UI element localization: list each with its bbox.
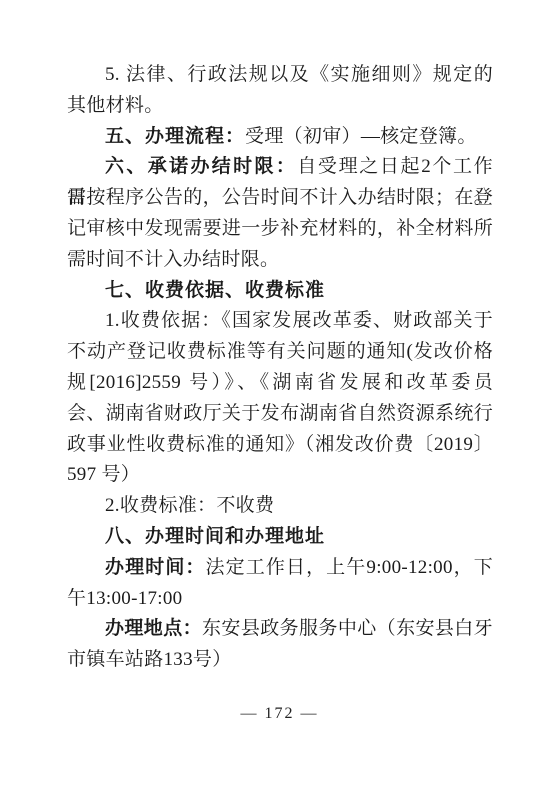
document-page: 5. 法律、行政法规以及《实施细则》规定的其他材料。五、办理流程：受理（初审）—… <box>0 0 559 793</box>
body-text: 午13:00-17:00 <box>67 588 183 609</box>
body-text: 会、湖南省财政厅关于发布湖南省自然资源系统行 <box>67 403 493 424</box>
text-line: 市镇车站路133号） <box>67 645 493 676</box>
heading-text: 七、收费依据、收费标准 <box>105 280 325 301</box>
text-line: 办理地点：东安县政务服务中心（东安县白牙 <box>67 614 493 645</box>
body-text: 规[2016]2559 号）》、《湖南省发展和改革委员 <box>67 372 493 393</box>
body-text: 其他材料。 <box>67 95 164 116</box>
text-line: 2.收费标准：不收费 <box>67 491 493 522</box>
text-line: 午13:00-17:00 <box>67 584 493 615</box>
text-line: 办理时间：法定工作日，上午9:00-12:00，下 <box>67 553 493 584</box>
page-number: — 172 — <box>0 705 559 723</box>
text-line: 5. 法律、行政法规以及《实施细则》规定的 <box>67 60 493 91</box>
text-line: 五、办理流程：受理（初审）—核定登簿。 <box>67 122 493 153</box>
heading-text: 六、承诺办结时限： <box>105 156 297 177</box>
label-text: 办理时间： <box>105 557 206 578</box>
heading-text: 五、办理流程： <box>105 126 245 147</box>
text-line: 规[2016]2559 号）》、《湖南省发展和改革委员 <box>67 368 493 399</box>
text-line: 不动产登记收费标准等有关问题的通知(发改价格 <box>67 337 493 368</box>
body-text: 需时间不计入办结时限。 <box>67 249 279 270</box>
text-line: 记审核中发现需要进一步补充材料的，补全材料所 <box>67 214 493 245</box>
text-line: 其他材料。 <box>67 91 493 122</box>
body-text: 政事业性收费标准的通知》（湘发改价费〔2019〕 <box>67 434 493 455</box>
body-text: 1.收费依据：《国家发展改革委、财政部关于 <box>105 310 493 331</box>
body-text: 东安县政务服务中心（东安县白牙 <box>202 618 493 639</box>
label-text: 办理地点： <box>105 618 202 639</box>
body-text: 市镇车站路133号） <box>67 649 232 670</box>
text-line: 需按程序公告的，公告时间不计入办结时限；在登 <box>67 183 493 214</box>
text-line: 政事业性收费标准的通知》（湘发改价费〔2019〕 <box>67 430 493 461</box>
text-line: 597 号） <box>67 460 493 491</box>
heading-text: 八、办理时间和办理地址 <box>105 526 325 547</box>
text-line: 七、收费依据、收费标准 <box>67 276 493 307</box>
body-text: 法定工作日，上午9:00-12:00，下 <box>206 557 493 578</box>
body-text: 5. 法律、行政法规以及《实施细则》规定的 <box>105 64 493 85</box>
text-line: 会、湖南省财政厅关于发布湖南省自然资源系统行 <box>67 399 493 430</box>
text-block: 5. 法律、行政法规以及《实施细则》规定的其他材料。五、办理流程：受理（初审）—… <box>67 60 493 676</box>
text-line: 八、办理时间和办理地址 <box>67 522 493 553</box>
text-line: 六、承诺办结时限：自受理之日起2个工作日。 <box>67 152 493 183</box>
text-line: 需时间不计入办结时限。 <box>67 245 493 276</box>
body-text: 记审核中发现需要进一步补充材料的，补全材料所 <box>67 218 493 239</box>
body-text: 597 号） <box>67 464 140 485</box>
text-line: 1.收费依据：《国家发展改革委、财政部关于 <box>67 306 493 337</box>
body-text: 2.收费标准：不收费 <box>105 495 274 516</box>
body-text: 受理（初审）—核定登簿。 <box>245 126 477 147</box>
body-text: 不动产登记收费标准等有关问题的通知(发改价格 <box>67 341 493 362</box>
body-text: 需按程序公告的，公告时间不计入办结时限；在登 <box>67 187 493 208</box>
